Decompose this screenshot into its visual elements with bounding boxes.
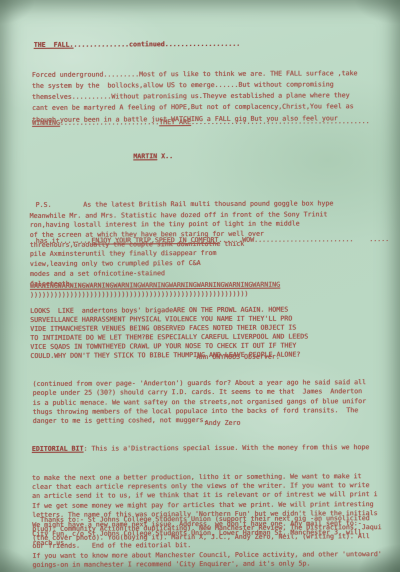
city-enquirer-note: If you want to know more about Mancheste… (32, 550, 381, 570)
fall-heading: THE FALL...............continued........… (34, 40, 240, 51)
they-are-word: THEY ARE (159, 118, 191, 126)
fall-heading-dots: ..............continued.................… (73, 40, 240, 49)
editorial-first-line: EDITORIAL BIT: This is a'Distractions sp… (32, 443, 377, 454)
brackets-strip: ))))))))))))))))))))))))))))))))))))))))… (30, 289, 248, 300)
winning-dots-2: ........................................… (191, 117, 370, 126)
martin-heading-name: MARTIN (133, 152, 157, 160)
tv-couple-text: Meanwhile Mr. and Mrs. Statistic have do… (30, 210, 328, 289)
thanks-text: Thanks to:- St Johns College Students Un… (32, 514, 382, 551)
winning-dots-1: ......................... (60, 118, 159, 127)
page-text-layer: THE FALL...............continued........… (0, 0, 400, 572)
anderton-continued-text: (continued from over page- 'Anderton') g… (32, 378, 366, 426)
winning-line: WINNING.........................THEY ARE… (32, 117, 369, 128)
martin-heading: MARTIN X.. (133, 152, 173, 162)
zine-page-scan: THE FALL...............continued........… (0, 0, 400, 572)
winning-word: WINNING (32, 118, 60, 126)
fall-heading-title: THE FALL. (34, 41, 74, 49)
editorial-heading: EDITORIAL BIT (32, 445, 84, 453)
anonymous-signature: Ann ONYMOUS Observer. (196, 352, 279, 362)
editorial-first-line-rest: : This is a'Distractions special issue. … (83, 443, 369, 452)
martin-heading-rest: X.. (157, 152, 173, 160)
ps-intro-line: P.S. As the latest British Rail multi th… (36, 197, 389, 211)
